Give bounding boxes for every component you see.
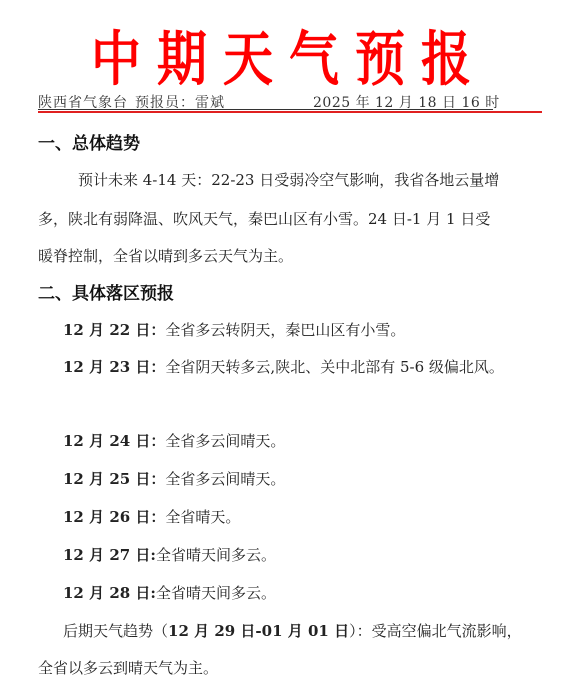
issue-datetime: 2025 年 12 月 18 日 16 时 (313, 93, 500, 113)
day-forecast-row: 12 月 24 日：全省多云间晴天。 (63, 430, 285, 452)
day-date: 12 月 26 日： (63, 508, 165, 526)
header-underline (38, 109, 493, 110)
day-date: 12 月 27 日: (63, 546, 156, 564)
issue-info-line: 陕西省气象台 预报员：雷斌 2025 年 12 月 18 日 16 时 (38, 93, 542, 113)
day-forecast-row: 12 月 25 日：全省多云间晴天。 (63, 468, 285, 490)
day-date: 12 月 24 日： (63, 432, 165, 450)
day-date: 12 月 22 日： (63, 321, 165, 339)
day-forecast-row: 12 月 22 日：全省多云转阴天，秦巴山区有小雪。 (63, 319, 405, 341)
day-date: 12 月 28 日: (63, 584, 156, 602)
day-text: 全省多云转阴天，秦巴山区有小雪。 (165, 321, 405, 339)
day-date: 12 月 25 日： (63, 470, 165, 488)
day-forecast-row: 12 月 23 日：全省阴天转多云,陕北、关中北部有 5-6 级偏北风。 (63, 356, 504, 378)
day-forecast-row: 12 月 28 日:全省晴天间多云。 (63, 582, 276, 604)
overall-trend-line-3: 暖脊控制，全省以晴到多云天气为主。 (38, 244, 548, 268)
later-trend-line-2: 全省以多云到晴天气为主。 (38, 656, 548, 680)
document-title: 中期天气预报 (0, 18, 578, 101)
day-text: 全省多云间晴天。 (165, 432, 285, 450)
section-heading-area-forecast: 二、具体落区预报 (38, 282, 174, 306)
forecaster: 预报员：雷斌 (135, 93, 225, 113)
later-trend-line-1: 后期天气趋势（12 月 29 日-01 月 01 日）：受高空偏北气流影响， (63, 619, 573, 643)
later-trend-range: 12 月 29 日-01 月 01 日 (168, 622, 349, 640)
later-trend-prefix: 后期天气趋势（ (63, 622, 168, 640)
day-text: 全省晴天。 (165, 508, 240, 526)
day-forecast-row: 12 月 27 日:全省晴天间多云。 (63, 544, 276, 566)
day-forecast-row: 12 月 26 日：全省晴天。 (63, 506, 240, 528)
header-red-rule (38, 111, 542, 113)
section-heading-overall-trend: 一、总体趋势 (38, 132, 140, 156)
overall-trend-line-1: 预计未来 4-14 天：22-23 日受弱冷空气影响，我省各地云量增 (78, 168, 578, 192)
day-date: 12 月 23 日： (63, 358, 165, 376)
day-text: 全省阴天转多云,陕北、关中北部有 5-6 级偏北风。 (165, 358, 503, 376)
day-text: 全省多云间晴天。 (165, 470, 285, 488)
issuing-organization: 陕西省气象台 (38, 93, 128, 113)
later-trend-suffix: ）：受高空偏北气流影响， (349, 622, 522, 640)
day-text: 全省晴天间多云。 (156, 584, 276, 602)
overall-trend-line-2: 多，陕北有弱降温、吹风天气，秦巴山区有小雪。24 日-1 月 1 日受 (38, 207, 548, 231)
day-text: 全省晴天间多云。 (156, 546, 276, 564)
